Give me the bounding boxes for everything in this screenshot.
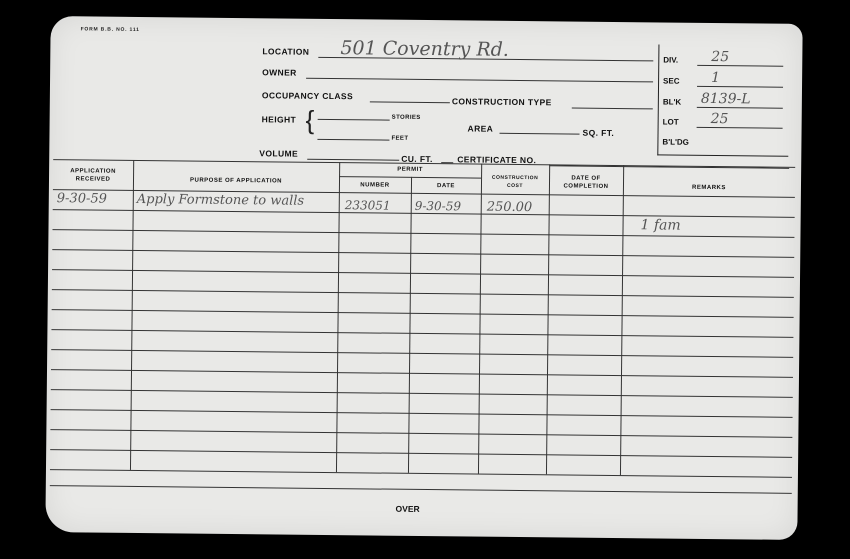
occupancy-class-line [370,101,450,103]
area-label: AREA [468,123,494,133]
location-value: 501 Coventry Rd. [340,37,509,61]
row-rule [50,469,792,478]
header-construction-cost: CONSTRUCTION COST [489,174,541,191]
sec-field: SEC 1 [663,69,789,90]
row-rule [50,449,792,458]
bldg-label: B'L'DG [662,137,689,146]
feet-line [317,139,389,141]
div-line [697,65,783,67]
cell-permit-number: 233051 [345,198,391,212]
lot-value: 25 [711,111,729,127]
cell-permit-date: 9-30-59 [415,199,461,213]
owner-label: OWNER [262,67,297,77]
sec-label: SEC [663,76,680,85]
lot-info-box: DIV. 25 SEC 1 BL'K 8139-L LOT 25 B'L'DG [657,44,789,156]
construction-type-line [572,108,653,110]
lot-label: LOT [663,117,679,126]
occupancy-class-label: OCCUPANCY CLASS [262,90,353,101]
div-value: 25 [711,49,729,65]
header-remarks: REMARKS [623,183,795,193]
height-label: HEIGHT [262,114,297,124]
owner-line [306,78,653,83]
row-rule [50,429,792,438]
volume-line [307,159,399,161]
col-rule [408,177,412,473]
row-rule [52,269,794,278]
row-rule [52,249,794,258]
stories-label: STORIES [392,115,421,121]
blk-value: 8139-L [701,91,751,108]
over-label: OVER [396,504,420,514]
application-table: APPLICATION RECEIVED PURPOSE OF APPLICAT… [50,159,795,493]
bldg-field: B'L'DG [662,130,788,151]
sec-value: 1 [711,70,720,86]
div-field: DIV. 25 [663,48,789,69]
cell-remarks: 1 fam [640,217,680,233]
stories-line [318,119,390,121]
location-label: LOCATION [262,46,309,56]
cell-purpose: Apply Formstone to walls [137,192,304,209]
blk-field: BL'K 8139-L [663,90,789,111]
header-permit-date: DATE [411,182,481,191]
div-label: DIV. [663,55,678,64]
construction-type-label: CONSTRUCTION TYPE [452,96,552,107]
header-application-received: APPLICATION RECEIVED [53,167,133,184]
sec-line [697,86,783,88]
header-permit: PERMIT [339,165,481,174]
col-rule [620,165,624,475]
lot-field: LOT 25 [663,110,789,131]
col-rule [546,164,550,474]
volume-label: VOLUME [259,148,298,158]
header-permit-number: NUMBER [339,181,411,190]
permit-record-card: FORM B.B. NO. 111 LOCATION 501 Coventry … [45,16,802,540]
col-rule [478,164,482,474]
col-rule [130,160,134,470]
feet-label: FEET [391,136,408,142]
row-rule [51,389,793,398]
row-rule [52,289,794,298]
cell-construction-cost: 250.00 [487,200,533,215]
blk-label: BL'K [663,97,681,106]
row-rule [51,349,793,358]
header-date-of-completion: DATE OF COMPLETION [557,174,615,191]
form-number: FORM B.B. NO. 111 [81,26,140,33]
header-purpose: PURPOSE OF APPLICATION [133,176,339,186]
cell-application-received: 9-30-59 [57,191,107,207]
row-rule [52,309,794,318]
lot-line [697,127,783,129]
row-rule [52,229,794,238]
row-rule [51,369,793,378]
area-line [500,133,580,135]
height-brace: { [306,107,315,133]
row-rule [51,409,793,418]
col-rule [336,162,340,472]
area-unit: SQ. FT. [582,128,614,138]
table-bottom-rule [50,485,792,494]
row-rule [51,329,793,338]
